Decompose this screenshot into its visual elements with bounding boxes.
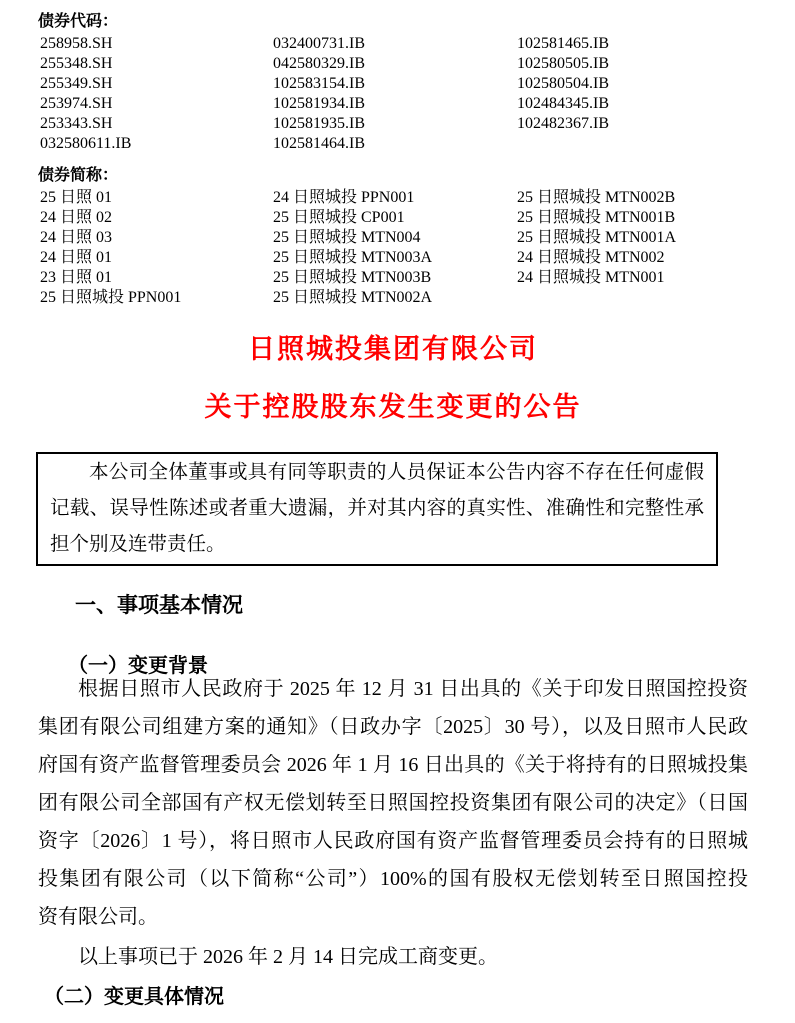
bond-code: 102581465.IB <box>517 34 755 54</box>
bond-code: 102580505.IB <box>517 54 755 74</box>
paragraph-line: 团有限公司全部国有产权无偿划转至日照国控投资集团有限公司的决定》（日国 <box>38 784 748 822</box>
bond-code: 102581464.IB <box>273 134 517 154</box>
bond-code: 255348.SH <box>40 54 273 74</box>
bond-names-label: 债券简称： <box>38 166 118 186</box>
bond-code: 042580329.IB <box>273 54 517 74</box>
bond-names-list: 25 日照 01 24 日照 02 24 日照 03 24 日照 01 23 日… <box>40 188 755 308</box>
bond-code: 102482367.IB <box>517 114 755 134</box>
section-1-heading: 一、事项基本情况 <box>75 589 243 619</box>
bond-name: 24 日照 01 <box>40 248 273 268</box>
disclaimer-box: 本公司全体董事或具有同等职责的人员保证本公告内容不存在任何虚假 记载、误导性陈述… <box>36 452 718 566</box>
bond-name: 25 日照城投 PPN001 <box>40 288 273 308</box>
bond-name: 25 日照城投 MTN002A <box>273 288 517 308</box>
bond-code: 032580611.IB <box>40 134 273 154</box>
bond-names-column-3: 25 日照城投 MTN002B 25 日照城投 MTN001B 25 日照城投 … <box>517 188 755 308</box>
announcement-document-page: 债券代码： 258958.SH 255348.SH 255349.SH 2539… <box>0 0 795 1023</box>
bond-name: 25 日照城投 CP001 <box>273 208 517 228</box>
company-title: 日照城投集团有限公司 <box>38 334 748 364</box>
bond-code: 032400731.IB <box>273 34 517 54</box>
bond-codes-list: 258958.SH 255348.SH 255349.SH 253974.SH … <box>40 34 755 154</box>
bond-name: 24 日照 03 <box>40 228 273 248</box>
bond-code: 102484345.IB <box>517 94 755 114</box>
bond-name: 23 日照 01 <box>40 268 273 288</box>
paragraph-line: 资有限公司。 <box>38 898 748 936</box>
bond-names-column-1: 25 日照 01 24 日照 02 24 日照 03 24 日照 01 23 日… <box>40 188 273 308</box>
bond-code: 102583154.IB <box>273 74 517 94</box>
bond-name: 25 日照城投 MTN001B <box>517 208 755 228</box>
paragraph-line: 根据日照市人民政府于 2025 年 12 月 31 日出具的《关于印发日照国控投… <box>38 670 748 708</box>
bond-code: 102581934.IB <box>273 94 517 114</box>
bond-codes-column-1: 258958.SH 255348.SH 255349.SH 253974.SH … <box>40 34 273 154</box>
disclaimer-line: 担个别及连带责任。 <box>50 527 704 563</box>
announcement-subtitle: 关于控股股东发生变更的公告 <box>38 392 748 422</box>
bond-codes-label: 债券代码： <box>38 12 118 32</box>
bond-name: 25 日照城投 MTN003B <box>273 268 517 288</box>
registration-completion-line: 以上事项已于 2026 年 2 月 14 日完成工商变更。 <box>38 938 748 976</box>
bond-name: 25 日照城投 MTN003A <box>273 248 517 268</box>
paragraph-line: 投集团有限公司（以下简称“公司”）100%的国有股权无偿划转至日照国控投 <box>38 860 748 898</box>
bond-code: 102581935.IB <box>273 114 517 134</box>
disclaimer-line: 本公司全体董事或具有同等职责的人员保证本公告内容不存在任何虚假 <box>50 455 704 491</box>
paragraph-line: 府国有资产监督管理委员会 2026 年 1 月 16 日出具的《关于将持有的日照… <box>38 746 748 784</box>
bond-code: 102580504.IB <box>517 74 755 94</box>
bond-codes-column-3: 102581465.IB 102580505.IB 102580504.IB 1… <box>517 34 755 154</box>
bond-code: 253974.SH <box>40 94 273 114</box>
change-background-paragraph: 根据日照市人民政府于 2025 年 12 月 31 日出具的《关于印发日照国控投… <box>38 670 748 936</box>
bond-name: 25 日照 01 <box>40 188 273 208</box>
disclaimer-line: 记载、误导性陈述或者重大遗漏，并对其内容的真实性、准确性和完整性承 <box>50 491 704 527</box>
paragraph-line: 集团有限公司组建方案的通知》（日政办字〔2025〕30 号），以及日照市人民政 <box>38 708 748 746</box>
bond-name: 24 日照城投 MTN001 <box>517 268 755 288</box>
bond-name: 24 日照 02 <box>40 208 273 228</box>
bond-code: 255349.SH <box>40 74 273 94</box>
bond-name: 24 日照城投 PPN001 <box>273 188 517 208</box>
bond-code: 253343.SH <box>40 114 273 134</box>
bond-code: 258958.SH <box>40 34 273 54</box>
bond-name: 25 日照城投 MTN001A <box>517 228 755 248</box>
bond-name: 24 日照城投 MTN002 <box>517 248 755 268</box>
bond-codes-column-2: 032400731.IB 042580329.IB 102583154.IB 1… <box>273 34 517 154</box>
paragraph-line: 资字〔2026〕1 号），将日照市人民政府国有资产监督管理委员会持有的日照城 <box>38 822 748 860</box>
bond-name: 25 日照城投 MTN002B <box>517 188 755 208</box>
bond-name: 25 日照城投 MTN004 <box>273 228 517 248</box>
bond-names-column-2: 24 日照城投 PPN001 25 日照城投 CP001 25 日照城投 MTN… <box>273 188 517 308</box>
section-1-2-heading: （二）变更具体情况 <box>44 980 224 1009</box>
